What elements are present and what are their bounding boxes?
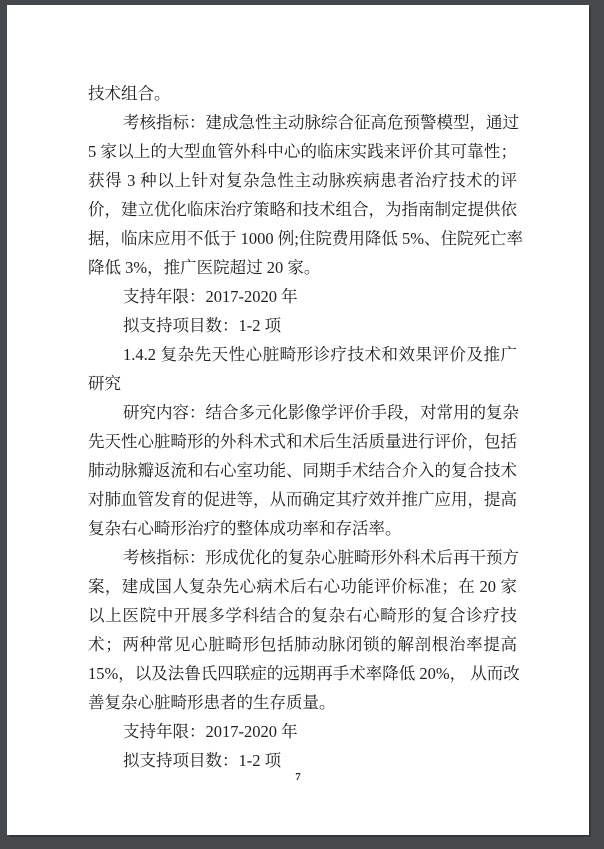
document-body: 技术组合。考核指标：建成急性主动脉综合征高危预警模型，通过5 家以上的大型血管外… bbox=[88, 79, 517, 775]
text-line: 肺动脉瓣返流和右心室功能、同期手术结合介入的复合技术 bbox=[88, 456, 517, 485]
text-line: 考核指标：建成急性主动脉综合征高危预警模型，通过 bbox=[88, 108, 517, 137]
text-line: 术；两种常见心脏畸形包括肺动脉闭锁的解剖根治率提高 bbox=[88, 630, 517, 659]
text-line: 先天性心脏畸形的外科术式和术后生活质量进行评价，包括 bbox=[88, 427, 517, 456]
text-line: 获得 3 种以上针对复杂急性主动脉疾病患者治疗技术的评 bbox=[88, 166, 517, 195]
text-line: 复杂右心畸形治疗的整体成功率和存活率。 bbox=[88, 514, 517, 543]
text-line: 1.4.2 复杂先天性心脏畸形诊疗技术和效果评价及推广 bbox=[88, 340, 517, 369]
document-page: 技术组合。考核指标：建成急性主动脉综合征高危预警模型，通过5 家以上的大型血管外… bbox=[7, 5, 589, 835]
text-line: 支持年限：2017-2020 年 bbox=[88, 282, 517, 311]
text-line: 案，建成国人复杂先心病术后右心功能评价标准；在 20 家 bbox=[88, 572, 517, 601]
text-line: 价，建立优化临床治疗策略和技术组合，为指南制定提供依 bbox=[88, 195, 517, 224]
text-line: 技术组合。 bbox=[88, 79, 517, 108]
text-line: 15%，以及法鲁氏四联症的远期再手术率降低 20%， 从而改 bbox=[88, 659, 517, 688]
text-line: 善复杂心脏畸形患者的生存质量。 bbox=[88, 688, 517, 717]
text-line: 研究内容：结合多元化影像学评价手段，对常用的复杂 bbox=[88, 398, 517, 427]
text-line: 5 家以上的大型血管外科中心的临床实践来评价其可靠性； bbox=[88, 137, 517, 166]
text-line: 降低 3%，推广医院超过 20 家。 bbox=[88, 253, 517, 282]
page-number: 7 bbox=[7, 771, 589, 783]
text-line: 支持年限：2017-2020 年 bbox=[88, 717, 517, 746]
text-line: 考核指标：形成优化的复杂心脏畸形外科术后再干预方 bbox=[88, 543, 517, 572]
text-line: 对肺血管发育的促进等，从而确定其疗效并推广应用，提高 bbox=[88, 485, 517, 514]
text-line: 拟支持项目数：1-2 项 bbox=[88, 311, 517, 340]
text-line: 据，临床应用不低于 1000 例;住院费用降低 5%、住院死亡率 bbox=[88, 224, 517, 253]
text-line: 以上医院中开展多学科结合的复杂右心畸形的复合诊疗技 bbox=[88, 601, 517, 630]
text-line: 研究 bbox=[88, 369, 517, 398]
viewer-background: 技术组合。考核指标：建成急性主动脉综合征高危预警模型，通过5 家以上的大型血管外… bbox=[0, 0, 604, 849]
